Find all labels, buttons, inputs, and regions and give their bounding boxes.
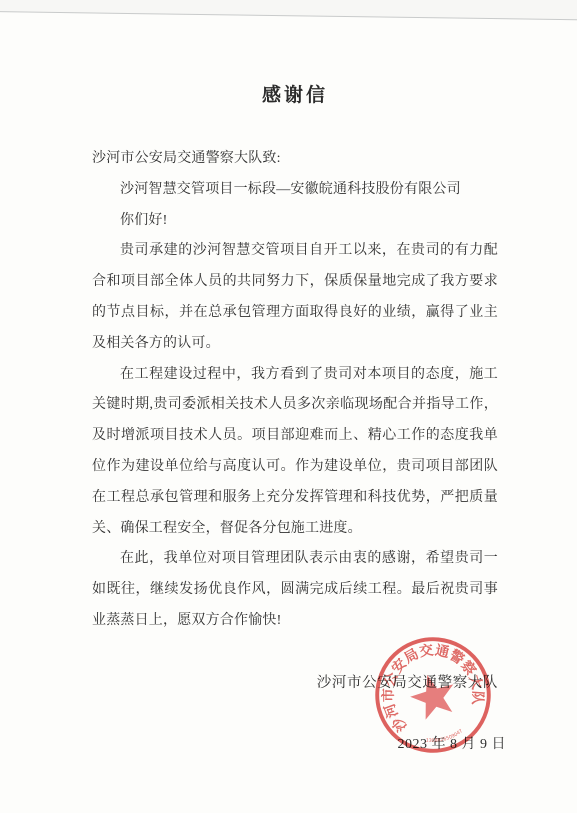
greeting-line: 你们好!: [92, 206, 498, 237]
recipient-line: 沙河智慧交管项目一标段—安徽皖通科技股份有限公司: [92, 175, 498, 206]
signature-line: 沙河市公安局交通警察大队: [92, 668, 498, 699]
body-paragraph-3: 在此，我单位对项目管理团队表示由衷的感谢，希望贵司一如既往，继续发扬优良作风，圆…: [92, 544, 498, 636]
letter-body: 感谢信 沙河市公安局交通警察大队致: 沙河智慧交管项目一标段—安徽皖通科技股份有…: [92, 84, 498, 760]
body-paragraph-1: 贵司承建的沙河智慧交管项目自开工以来，在贵司的有力配合和项目部全体人员的共同努力…: [92, 236, 498, 359]
letter-title: 感谢信: [92, 84, 498, 108]
scanned-letter-page: 感谢信 沙河市公安局交通警察大队致: 沙河智慧交管项目一标段—安徽皖通科技股份有…: [0, 0, 577, 813]
date-line: 2023 年 8 月 9 日: [92, 730, 506, 761]
scan-edge-line: [0, 0, 577, 21]
salutation-line: 沙河市公安局交通警察大队致:: [92, 144, 498, 175]
body-paragraph-2: 在工程建设过程中，我方看到了贵司对本项目的态度，施工关键时期,贵司委派相关技术人…: [92, 360, 498, 545]
